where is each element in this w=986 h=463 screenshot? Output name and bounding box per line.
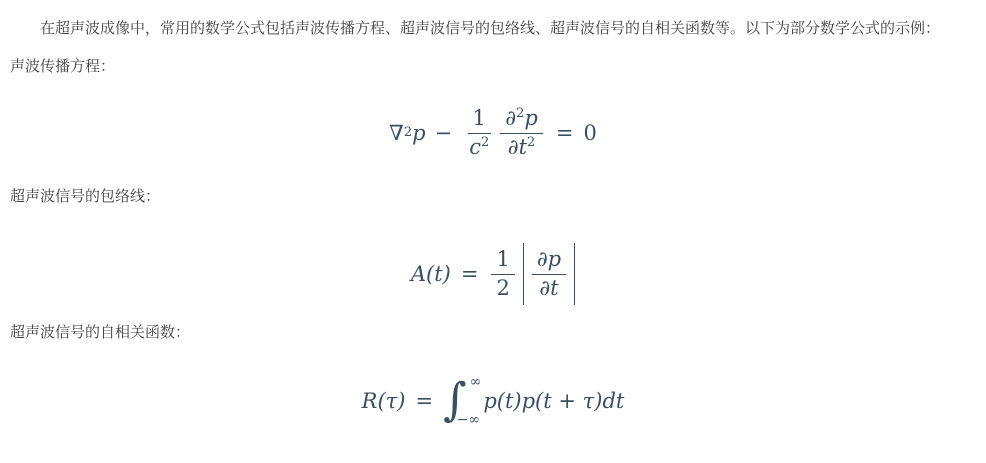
integral-upper-limit: ∞: [470, 375, 482, 389]
fraction-one-half: 1 2: [491, 246, 514, 302]
partial-t-symbol: ∂t: [508, 135, 527, 159]
wave-lhs-group: ∇2p: [389, 121, 425, 145]
denominator-c-squared: c2: [464, 134, 494, 162]
formula-autocorrelation: R(τ) = ∫ ∞ −∞ p(t)p(t + τ)dt: [10, 375, 976, 427]
fraction-second-time-derivative: ∂2p ∂t2: [500, 105, 543, 161]
t-exponent: 2: [527, 135, 535, 150]
partial-symbol: ∂: [505, 106, 516, 130]
formula-wave-equation: ∇2p − 1 c2 ∂2p ∂t2 = 0: [10, 105, 976, 161]
numerator-dp: ∂p: [532, 246, 566, 275]
zero-constant: 0: [583, 121, 596, 145]
c-exponent: 2: [481, 135, 489, 150]
section-label-autocorrelation: 超声波信号的自相关函数：: [10, 319, 976, 347]
document-page: 在超声波成像中，常用的数学公式包括声波传播方程、超声波信号的包络线、超声波信号的…: [0, 0, 986, 435]
equals-sign: =: [415, 389, 433, 413]
denominator-dt: ∂t: [534, 275, 563, 303]
integral-sign: ∫: [443, 377, 467, 422]
fraction-one-over-c-squared: 1 c2: [464, 105, 494, 161]
numerator-d2p: ∂2p: [500, 105, 543, 134]
minus-sign: −: [435, 121, 453, 145]
absolute-value-group: ∂p ∂t: [523, 243, 575, 305]
integral-group: ∫ ∞ −∞: [443, 375, 481, 427]
autocorr-lhs: R(τ): [362, 389, 406, 413]
denominator-dt2: ∂t2: [503, 134, 541, 162]
pressure-var: p: [524, 106, 537, 130]
numerator-one: 1: [491, 246, 514, 275]
section-label-envelope: 超声波信号的包络线：: [10, 183, 976, 211]
pressure-var: p: [412, 121, 425, 145]
equals-sign: =: [461, 262, 479, 286]
fraction-dp-dt: ∂p ∂t: [532, 246, 566, 302]
section-label-wave-equation: 声波传播方程：: [10, 53, 976, 81]
numerator-one: 1: [468, 105, 491, 134]
nabla-symbol: ∇: [389, 121, 404, 145]
integrand-expression: p(t)p(t + τ)dt: [483, 389, 624, 413]
equals-sign: =: [556, 121, 574, 145]
integral-limits: ∞ −∞: [467, 375, 482, 427]
denominator-two: 2: [491, 275, 514, 303]
formula-envelope: A(t) = 1 2 ∂p ∂t: [10, 243, 976, 305]
c-var: c: [469, 135, 481, 159]
envelope-lhs: A(t): [411, 262, 451, 286]
intro-paragraph: 在超声波成像中，常用的数学公式包括声波传播方程、超声波信号的包络线、超声波信号的…: [10, 15, 976, 43]
